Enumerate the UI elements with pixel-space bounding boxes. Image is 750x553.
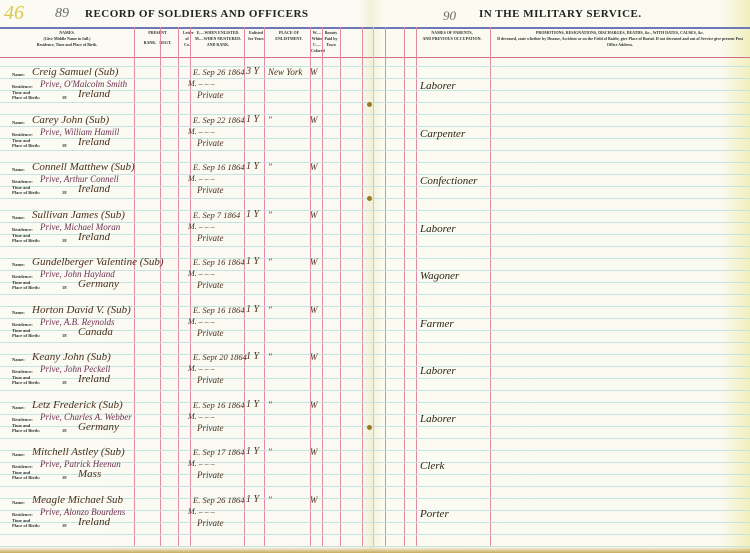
occupation: Carpenter [420,128,500,140]
soldier-name: Letz Frederick (Sub) [32,399,123,411]
century-label: 18 [62,95,67,100]
ledger-spread: 46 89 90 RECORD OF SOLDIERS AND OFFICERS… [0,0,750,553]
soldier-name: Creig Samuel (Sub) [32,66,118,78]
rank-value: Private [197,328,224,338]
enlisted-years: 1 Y [246,161,259,172]
enlisted-for-header: Enlisted for Years [246,30,266,42]
enlisted-date: E. Sep 16 1864 [193,305,244,315]
soldier-name: Horton David V. (Sub) [32,304,131,316]
residence-label: Residence: [12,179,33,184]
birth-place: Ireland [78,373,110,385]
record-row: Name: Connell Matthew (Sub) Residence: P… [0,161,370,208]
enlisted-date: E. Sep 7 1864 [193,210,240,220]
occupation: Confectioner [420,175,500,187]
white-colored-mark: W [310,162,318,172]
rank-value: Private [197,470,224,480]
rank-value: Private [197,375,224,385]
enlisted-date: E. Sep 17 1864 [193,447,244,457]
white-colored-mark: W [310,67,318,77]
soldier-name: Sullivan James (Sub) [32,209,125,221]
mustered-date: M. – – – [188,222,215,231]
occupation: Clerk [420,460,500,472]
rank-value: Private [197,518,224,528]
mustered-date: M. – – – [188,174,215,183]
record-row: Name: Gundelberger Valentine (Sub) Resid… [0,256,370,303]
enlisted-years: 1 Y [246,494,259,505]
place-enlistment-header: PLACE OF ENLISTMENT. [268,30,310,42]
soldier-name: Gundelberger Valentine (Sub) [32,256,164,268]
birth-place: Germany [78,421,119,433]
birth-place: Ireland [78,136,110,148]
birth-label: Place of Birth: [12,285,40,290]
enlisted-date: E. Sep 16 1864 [193,257,244,267]
record-row: Name: Carey John (Sub) Residence: Prive,… [0,114,370,161]
enlisted-date: E. Sep 26 1864 [193,67,244,77]
birth-label: Place of Birth: [12,143,40,148]
left-page-title: RECORD OF SOLDIERS AND OFFICERS [85,8,309,20]
mustered-date: M. – – – [188,79,215,88]
right-page-number: 90 [443,8,456,24]
residence-label: Residence: [12,274,33,279]
name-label: Name: [12,72,25,77]
place-of-enlistment: " [268,162,272,172]
enlisted-years: 1 Y [246,209,259,220]
white-colored-mark: W [310,447,318,457]
white-colored-mark: W [310,257,318,267]
record-row: Name: Sullivan James (Sub) Residence: Pr… [0,209,370,256]
name-label: Name: [12,310,25,315]
mustered-date: M. – – – [188,127,215,136]
occupation: Laborer [420,80,500,92]
rank-value: Private [197,185,224,195]
birth-label: Place of Birth: [12,238,40,243]
birth-place: Ireland [78,231,110,243]
header-top-rule [0,27,750,29]
rank-value: Private [197,233,224,243]
record-row: Name: Meagle Michael Sub Residence: Priv… [0,494,370,541]
mustered-date: M. – – – [188,507,215,516]
soldier-name: Keany John (Sub) [32,351,111,363]
record-row: Name: Horton David V. (Sub) Residence: P… [0,304,370,351]
name-label: Name: [12,357,25,362]
place-of-enlistment: New York [268,67,302,77]
occupation: Wagoner [420,270,500,282]
century-label: 18 [62,143,67,148]
ruled-line [0,546,750,547]
enlisted-header: E.—WHEN ENLISTED.M.—WHEN MUSTERED.AND RA… [192,30,244,48]
right-page-title: IN THE MILITARY SERVICE. [479,8,642,20]
present-header: PRESENT RANK. REGT. [135,30,180,46]
parents-header: NAMES OF PARENTS,AND PREVIOUS OCCUPATION… [418,30,486,42]
rank-value: Private [197,138,224,148]
name-label: Name: [12,500,25,505]
enlisted-years: 1 Y [246,114,259,125]
residence-label: Residence: [12,227,33,232]
bounty-header: Bounty Paid by Town [324,30,338,48]
occupation: Laborer [420,365,500,377]
birth-label: Place of Birth: [12,475,40,480]
header-bottom-rule [0,57,750,58]
soldier-name: Carey John (Sub) [32,114,109,126]
century-label: 18 [62,380,67,385]
place-of-enlistment: " [268,210,272,220]
soldier-name: Connell Matthew (Sub) [32,161,135,173]
enlisted-date: E. Sep 26 1864 [193,495,244,505]
enlisted-years: 1 Y [246,256,259,267]
enlisted-date: E. Sep 16 1864 [193,400,244,410]
enlisted-years: 1 Y [246,399,259,410]
white-colored-mark: W [310,210,318,220]
col-divider [385,27,386,547]
name-label: Name: [12,167,25,172]
name-label: Name: [12,452,25,457]
birth-place: Canada [78,326,113,338]
name-label: Name: [12,405,25,410]
record-row: Name: Letz Frederick (Sub) Residence: Pr… [0,399,370,446]
place-of-enlistment: " [268,495,272,505]
col-divider [404,27,405,547]
residence-label: Residence: [12,322,33,327]
mustered-date: M. – – – [188,317,215,326]
binding-gutter [373,27,374,547]
mustered-date: M. – – – [188,412,215,421]
names-header: NAMES.(Give Middle Name in full.)Residen… [2,30,132,48]
occupation: Laborer [420,223,500,235]
enlisted-date: E. Sept 20 1864 [193,352,247,362]
pencil-page-number: 46 [4,2,24,25]
occupation: Laborer [420,413,500,425]
century-label: 18 [62,238,67,243]
record-row: Name: Keany John (Sub) Residence: Prive,… [0,351,370,398]
rank-value: Private [197,423,224,433]
place-of-enlistment: " [268,115,272,125]
residence-label: Residence: [12,464,33,469]
residence-label: Residence: [12,417,33,422]
century-label: 18 [62,333,67,338]
birth-place: Ireland [78,516,110,528]
white-colored-mark: W [310,305,318,315]
century-label: 18 [62,523,67,528]
birth-label: Place of Birth: [12,333,40,338]
birth-place: Mass [78,468,101,480]
birth-label: Place of Birth: [12,380,40,385]
birth-label: Place of Birth: [12,523,40,528]
mustered-date: M. – – – [188,364,215,373]
place-of-enlistment: " [268,400,272,410]
col-divider [416,27,417,547]
promotions-header: PROMOTIONS, RESIGNATIONS, DISCHARGES, DE… [495,30,745,48]
enlisted-years: 1 Y [246,304,259,315]
occupation: Farmer [420,318,500,330]
white-colored-mark: W [310,352,318,362]
rank-value: Private [197,280,224,290]
enlisted-years: 1 Y [246,351,259,362]
left-page-number: 89 [55,6,69,22]
birth-place: Ireland [78,183,110,195]
place-of-enlistment: " [268,305,272,315]
soldier-name: Mitchell Astley (Sub) [32,446,125,458]
birth-place: Ireland [78,88,110,100]
name-label: Name: [12,262,25,267]
birth-label: Place of Birth: [12,190,40,195]
enlisted-years: 1 Y [246,446,259,457]
birth-label: Place of Birth: [12,95,40,100]
residence-label: Residence: [12,512,33,517]
century-label: 18 [62,428,67,433]
record-row: Name: Creig Samuel (Sub) Residence: Priv… [0,66,370,113]
century-label: 18 [62,285,67,290]
soldier-name: Meagle Michael Sub [32,494,123,506]
mustered-date: M. – – – [188,269,215,278]
place-of-enlistment: " [268,352,272,362]
birth-place: Germany [78,278,119,290]
mustered-date: M. – – – [188,459,215,468]
century-label: 18 [62,475,67,480]
residence-label: Residence: [12,84,33,89]
name-label: Name: [12,120,25,125]
white-colored-mark: W [310,495,318,505]
record-row: Name: Mitchell Astley (Sub) Residence: P… [0,446,370,493]
occupation: Porter [420,508,500,520]
place-of-enlistment: " [268,447,272,457]
enlisted-years: 3 Y [246,66,259,77]
residence-label: Residence: [12,132,33,137]
white-colored-mark: W [310,115,318,125]
name-label: Name: [12,215,25,220]
rank-value: Private [197,90,224,100]
white-colored-mark: W [310,400,318,410]
enlisted-date: E. Sep 22 1864 [193,115,244,125]
enlisted-date: E. Sep 16 1864 [193,162,244,172]
residence-label: Residence: [12,369,33,374]
place-of-enlistment: " [268,257,272,267]
birth-label: Place of Birth: [12,428,40,433]
century-label: 18 [62,190,67,195]
